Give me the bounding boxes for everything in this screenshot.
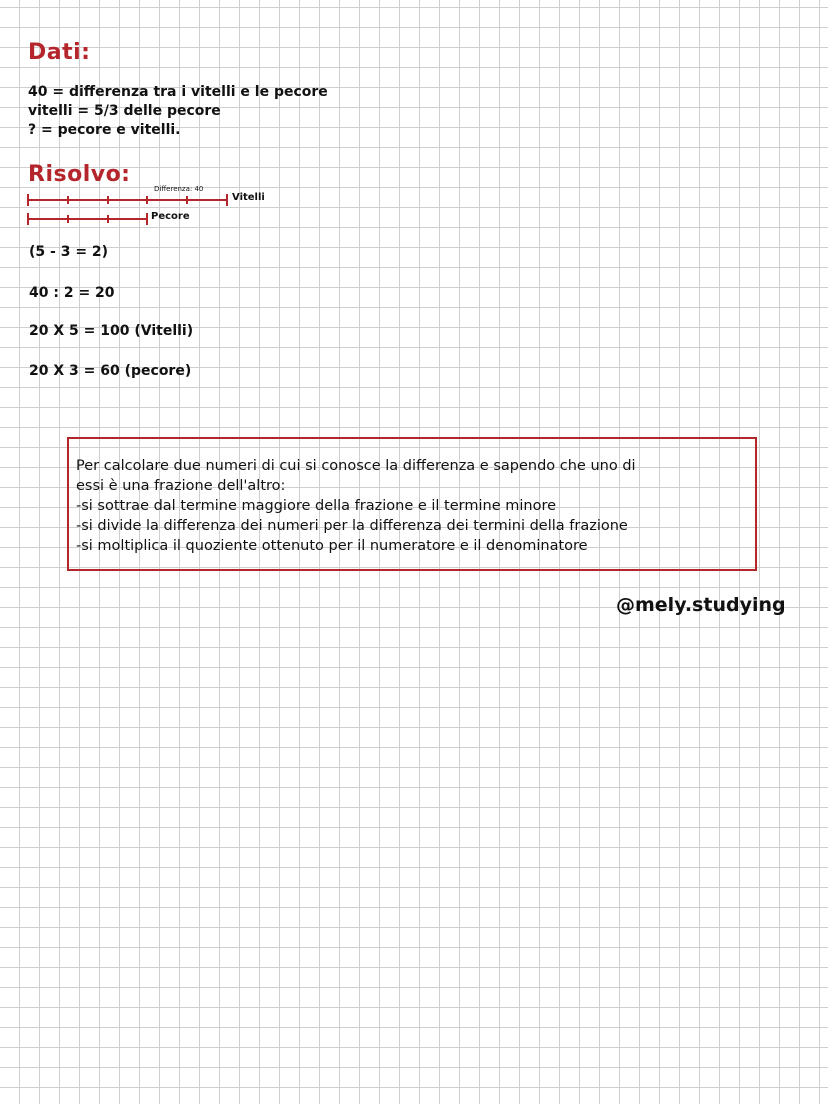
segment-line (28, 199, 227, 201)
segment-line (28, 218, 147, 220)
signature: @mely.studying (616, 594, 786, 616)
segment-tick (107, 215, 109, 223)
step-1: (5 - 3 = 2) (29, 244, 108, 260)
segment-tick (67, 215, 69, 223)
segment-tick (186, 196, 188, 204)
rule-line: Per calcolare due numeri di cui si conos… (76, 456, 636, 476)
step-2: 40 : 2 = 20 (29, 285, 115, 301)
segment-tick (27, 213, 29, 225)
pecore-label: Pecore (151, 211, 190, 222)
rule-line: -si sottrae dal termine maggiore della f… (76, 496, 636, 516)
segment-tick (107, 196, 109, 204)
difference-label: Differenza: 40 (154, 185, 203, 193)
rule-text: Per calcolare due numeri di cui si conos… (76, 456, 636, 556)
segment-tick (146, 213, 148, 225)
rule-line: -si moltiplica il quoziente ottenuto per… (76, 536, 636, 556)
segment-tick (27, 194, 29, 206)
segment-tick (226, 194, 228, 206)
vitelli-label: Vitelli (232, 192, 265, 203)
rule-line: essi è una frazione dell'altro: (76, 476, 636, 496)
step-3: 20 X 5 = 100 (Vitelli) (29, 323, 193, 339)
segment-diagram: Differenza: 40 Vitelli Pecore (0, 0, 828, 240)
rule-line: -si divide la differenza dei numeri per … (76, 516, 636, 536)
segment-tick (67, 196, 69, 204)
segment-tick (146, 196, 148, 204)
step-4: 20 X 3 = 60 (pecore) (29, 363, 191, 379)
